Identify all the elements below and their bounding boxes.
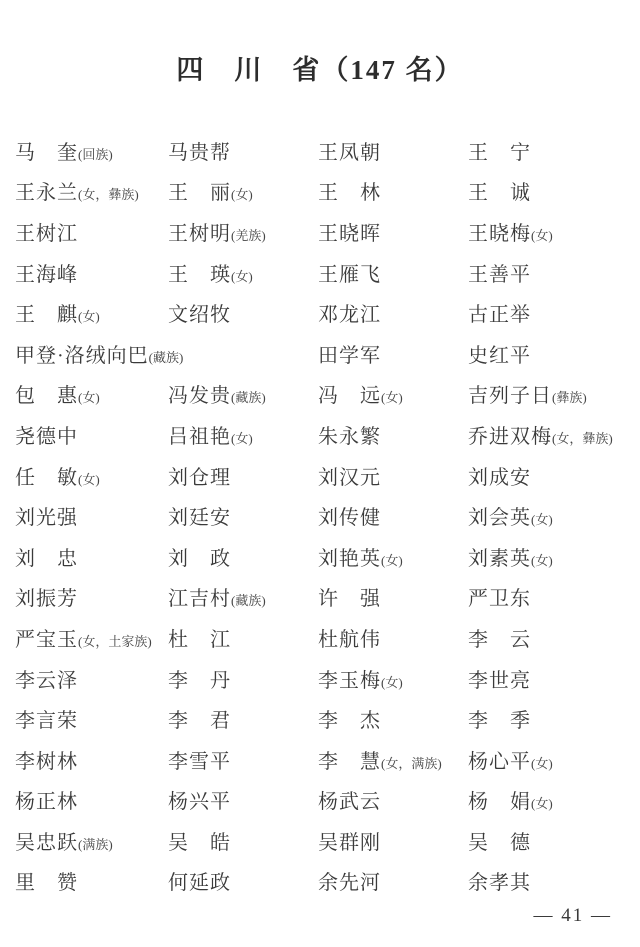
person-name: 王 瑛: [168, 264, 231, 286]
person-name: 甲登·洛绒向巴: [15, 345, 149, 367]
name-cell: 李世亮: [468, 664, 632, 693]
gender-ethnic-note: (女): [231, 187, 253, 202]
person-name: 余先河: [318, 872, 381, 894]
person-name: 王晓梅: [468, 223, 531, 245]
name-cell: 古正举: [468, 298, 632, 327]
name-cell: 尧德中: [15, 420, 168, 449]
gender-ethnic-note: (女): [531, 553, 553, 568]
name-row: 马 奎(回族)马贵帮王凤朝王 宁: [15, 130, 632, 171]
person-name: 杨兴平: [168, 791, 231, 813]
person-name: 严卫东: [468, 588, 531, 610]
person-name: 史红平: [468, 345, 531, 367]
name-cell: 田学军: [318, 339, 468, 368]
name-cell: 李雪平: [168, 745, 318, 774]
person-name: 古正举: [468, 304, 531, 326]
person-name: 刘 政: [168, 548, 231, 570]
name-cell: 李 君: [168, 704, 318, 733]
gender-ethnic-note: (女): [531, 512, 553, 527]
gender-ethnic-note: (藏族): [231, 593, 266, 608]
gender-ethnic-note: (女): [78, 309, 100, 324]
name-list: 马 奎(回族)马贵帮王凤朝王 宁王永兰(女，彝族)王 丽(女)王 林王 诚王树江…: [15, 130, 632, 901]
person-name: 杜 江: [168, 629, 231, 651]
person-name: 王 宁: [468, 142, 531, 164]
name-cell: 刘仓理: [168, 461, 318, 490]
gender-ethnic-note: (女): [231, 431, 253, 446]
person-name: 刘振芳: [15, 588, 78, 610]
name-row: 尧德中吕祖艳(女)朱永繁乔进双梅(女，彝族): [15, 414, 632, 455]
name-cell: 里 赞: [15, 866, 168, 895]
person-name: 王雁飞: [318, 264, 381, 286]
gender-ethnic-note: (女): [531, 228, 553, 243]
name-cell: 邓龙江: [318, 298, 468, 327]
gender-ethnic-note: (女): [78, 390, 100, 405]
person-name: 冯 远: [318, 385, 381, 407]
name-cell: 杨 娟(女): [468, 785, 632, 814]
name-cell: 王晓晖: [318, 217, 468, 246]
person-name: 任 敏: [15, 467, 78, 489]
name-cell: 吴 德: [468, 826, 632, 855]
name-cell: 李 慧(女，满族): [318, 745, 468, 774]
name-cell: 王晓梅(女): [468, 217, 632, 246]
person-name: 里 赞: [15, 872, 78, 894]
name-cell: 史红平: [468, 339, 632, 368]
name-cell: 刘振芳: [15, 582, 168, 611]
name-cell: 严卫东: [468, 582, 632, 611]
person-name: 刘传健: [318, 507, 381, 529]
gender-ethnic-note: (羌族): [231, 228, 266, 243]
gender-ethnic-note: (女): [381, 390, 403, 405]
name-cell: 刘 忠: [15, 542, 168, 571]
person-name: 邓龙江: [318, 304, 381, 326]
name-row: 任 敏(女)刘仓理刘汉元刘成安: [15, 455, 632, 496]
name-cell: 王树江: [15, 217, 168, 246]
name-cell: 李 季: [468, 704, 632, 733]
person-name: 江吉村: [168, 588, 231, 610]
gender-ethnic-note: (回族): [78, 147, 113, 162]
person-name: 王树江: [15, 223, 78, 245]
person-name: 田学军: [318, 345, 381, 367]
person-name: 李 君: [168, 710, 231, 732]
name-cell: 王善平: [468, 258, 632, 287]
name-cell: 李树林: [15, 745, 168, 774]
person-name: 马贵帮: [168, 142, 231, 164]
name-cell: 王永兰(女，彝族): [15, 176, 168, 205]
name-row: 刘振芳江吉村(藏族)许 强严卫东: [15, 577, 632, 618]
name-cell: 王海峰: [15, 258, 168, 287]
person-name: 文绍牧: [168, 304, 231, 326]
name-cell: 乔进双梅(女，彝族): [468, 420, 632, 449]
person-name: 严宝玉: [15, 629, 78, 651]
name-cell: 王 宁: [468, 136, 632, 165]
name-cell: 刘汉元: [318, 461, 468, 490]
gender-ethnic-note: (女): [381, 553, 403, 568]
name-cell: 朱永繁: [318, 420, 468, 449]
person-name: 刘会英: [468, 507, 531, 529]
name-cell: 王 瑛(女): [168, 258, 318, 287]
person-name: 李雪平: [168, 751, 231, 773]
name-cell: 吕祖艳(女): [168, 420, 318, 449]
person-name: 吴 德: [468, 832, 531, 854]
gender-ethnic-note: (女): [531, 796, 553, 811]
name-row: 李言荣李 君李 杰李 季: [15, 698, 632, 739]
gender-ethnic-note: (藏族): [149, 350, 184, 365]
person-name: 吴 皓: [168, 832, 231, 854]
name-row: 李云泽李 丹李玉梅(女)李世亮: [15, 658, 632, 699]
person-name: 王树明: [168, 223, 231, 245]
name-cell: 杜 江: [168, 623, 318, 652]
person-name: 王 丽: [168, 182, 231, 204]
name-cell: 刘会英(女): [468, 501, 632, 530]
name-cell: 冯发贵(藏族): [168, 379, 318, 408]
name-cell: 冯 远(女): [318, 379, 468, 408]
person-name: 吕祖艳: [168, 426, 231, 448]
person-name: 余孝其: [468, 872, 531, 894]
name-cell: 吴群刚: [318, 826, 468, 855]
name-cell: 刘成安: [468, 461, 632, 490]
person-name: 吉列子日: [468, 385, 552, 407]
gender-ethnic-note: (女，彝族): [78, 187, 139, 202]
name-cell: 王雁飞: [318, 258, 468, 287]
person-name: 杨正林: [15, 791, 78, 813]
gender-ethnic-note: (彝族): [552, 390, 587, 405]
name-row: 甲登·洛绒向巴(藏族)田学军史红平: [15, 333, 632, 374]
name-cell: 任 敏(女): [15, 461, 168, 490]
person-name: 李 云: [468, 629, 531, 651]
person-name: 尧德中: [15, 426, 78, 448]
document-page: 四 川 省（147 名） 马 奎(回族)马贵帮王凤朝王 宁王永兰(女，彝族)王 …: [0, 0, 640, 947]
name-cell: 许 强: [318, 582, 468, 611]
person-name: 冯发贵: [168, 385, 231, 407]
name-cell: 马 奎(回族): [15, 136, 168, 165]
name-cell: 杨正林: [15, 785, 168, 814]
person-name: 刘艳英: [318, 548, 381, 570]
person-name: 杨武云: [318, 791, 381, 813]
name-cell: 王 丽(女): [168, 176, 318, 205]
name-row: 吴忠跃(满族)吴 皓吴群刚吴 德: [15, 820, 632, 861]
name-cell: 刘光强: [15, 501, 168, 530]
name-row: 里 赞何延政余先河余孝其: [15, 861, 632, 902]
person-name: 刘成安: [468, 467, 531, 489]
person-name: 杨 娟: [468, 791, 531, 813]
person-name: 王海峰: [15, 264, 78, 286]
name-cell: 吉列子日(彝族): [468, 379, 632, 408]
name-cell: 甲登·洛绒向巴(藏族): [15, 339, 318, 368]
name-row: 杨正林杨兴平杨武云杨 娟(女): [15, 780, 632, 821]
person-name: 刘素英: [468, 548, 531, 570]
person-name: 刘廷安: [168, 507, 231, 529]
name-cell: 杨心平(女): [468, 745, 632, 774]
gender-ethnic-note: (女): [78, 472, 100, 487]
person-name: 吴群刚: [318, 832, 381, 854]
name-cell: 李 云: [468, 623, 632, 652]
gender-ethnic-note: (藏族): [231, 390, 266, 405]
name-row: 李树林李雪平李 慧(女，满族)杨心平(女): [15, 739, 632, 780]
name-row: 严宝玉(女，土家族)杜 江杜航伟李 云: [15, 617, 632, 658]
name-cell: 刘艳英(女): [318, 542, 468, 571]
person-name: 乔进双梅: [468, 426, 552, 448]
person-name: 王永兰: [15, 182, 78, 204]
name-cell: 刘廷安: [168, 501, 318, 530]
person-name: 李树林: [15, 751, 78, 773]
person-name: 许 强: [318, 588, 381, 610]
name-cell: 刘传健: [318, 501, 468, 530]
name-row: 王树江王树明(羌族)王晓晖王晓梅(女): [15, 211, 632, 252]
name-cell: 江吉村(藏族): [168, 582, 318, 611]
gender-ethnic-note: (女): [231, 269, 253, 284]
person-name: 朱永繁: [318, 426, 381, 448]
name-cell: 何延政: [168, 866, 318, 895]
name-cell: 王 麒(女): [15, 298, 168, 327]
gender-ethnic-note: (女): [531, 756, 553, 771]
name-cell: 马贵帮: [168, 136, 318, 165]
gender-ethnic-note: (女，彝族): [552, 431, 613, 446]
page-title: 四 川 省（147 名）: [0, 48, 640, 87]
person-name: 李 丹: [168, 670, 231, 692]
name-cell: 李云泽: [15, 664, 168, 693]
person-name: 刘 忠: [15, 548, 78, 570]
person-name: 李云泽: [15, 670, 78, 692]
person-name: 李 杰: [318, 710, 381, 732]
name-cell: 李玉梅(女): [318, 664, 468, 693]
person-name: 李 季: [468, 710, 531, 732]
name-cell: 王 林: [318, 176, 468, 205]
gender-ethnic-note: (女): [381, 675, 403, 690]
name-cell: 杨兴平: [168, 785, 318, 814]
person-name: 王凤朝: [318, 142, 381, 164]
name-cell: 吴忠跃(满族): [15, 826, 168, 855]
person-name: 李言荣: [15, 710, 78, 732]
name-cell: 刘 政: [168, 542, 318, 571]
name-row: 王永兰(女，彝族)王 丽(女)王 林王 诚: [15, 171, 632, 212]
name-cell: 杜航伟: [318, 623, 468, 652]
name-cell: 李 杰: [318, 704, 468, 733]
name-cell: 严宝玉(女，土家族): [15, 623, 168, 652]
name-cell: 王凤朝: [318, 136, 468, 165]
name-row: 王 麒(女)文绍牧邓龙江古正举: [15, 292, 632, 333]
person-name: 王 诚: [468, 182, 531, 204]
person-name: 何延政: [168, 872, 231, 894]
name-cell: 杨武云: [318, 785, 468, 814]
name-cell: 余先河: [318, 866, 468, 895]
person-name: 杜航伟: [318, 629, 381, 651]
name-row: 包 惠(女)冯发贵(藏族)冯 远(女)吉列子日(彝族): [15, 374, 632, 415]
gender-ethnic-note: (女，土家族): [78, 634, 152, 649]
name-row: 刘光强刘廷安刘传健刘会英(女): [15, 495, 632, 536]
gender-ethnic-note: (女，满族): [381, 756, 442, 771]
person-name: 李 慧: [318, 751, 381, 773]
person-name: 刘光强: [15, 507, 78, 529]
person-name: 李玉梅: [318, 670, 381, 692]
name-cell: 余孝其: [468, 866, 632, 895]
name-cell: 王 诚: [468, 176, 632, 205]
person-name: 刘汉元: [318, 467, 381, 489]
person-name: 杨心平: [468, 751, 531, 773]
name-cell: 包 惠(女): [15, 379, 168, 408]
name-row: 刘 忠刘 政刘艳英(女)刘素英(女): [15, 536, 632, 577]
person-name: 马 奎: [15, 142, 78, 164]
person-name: 包 惠: [15, 385, 78, 407]
name-cell: 李言荣: [15, 704, 168, 733]
name-cell: 李 丹: [168, 664, 318, 693]
person-name: 王 林: [318, 182, 381, 204]
page-number: — 41 —: [534, 905, 613, 927]
name-cell: 王树明(羌族): [168, 217, 318, 246]
name-cell: 吴 皓: [168, 826, 318, 855]
name-cell: 文绍牧: [168, 298, 318, 327]
person-name: 王善平: [468, 264, 531, 286]
name-cell: 刘素英(女): [468, 542, 632, 571]
name-row: 王海峰王 瑛(女)王雁飞王善平: [15, 252, 632, 293]
gender-ethnic-note: (满族): [78, 837, 113, 852]
person-name: 刘仓理: [168, 467, 231, 489]
person-name: 李世亮: [468, 670, 531, 692]
person-name: 王 麒: [15, 304, 78, 326]
person-name: 王晓晖: [318, 223, 381, 245]
person-name: 吴忠跃: [15, 832, 78, 854]
